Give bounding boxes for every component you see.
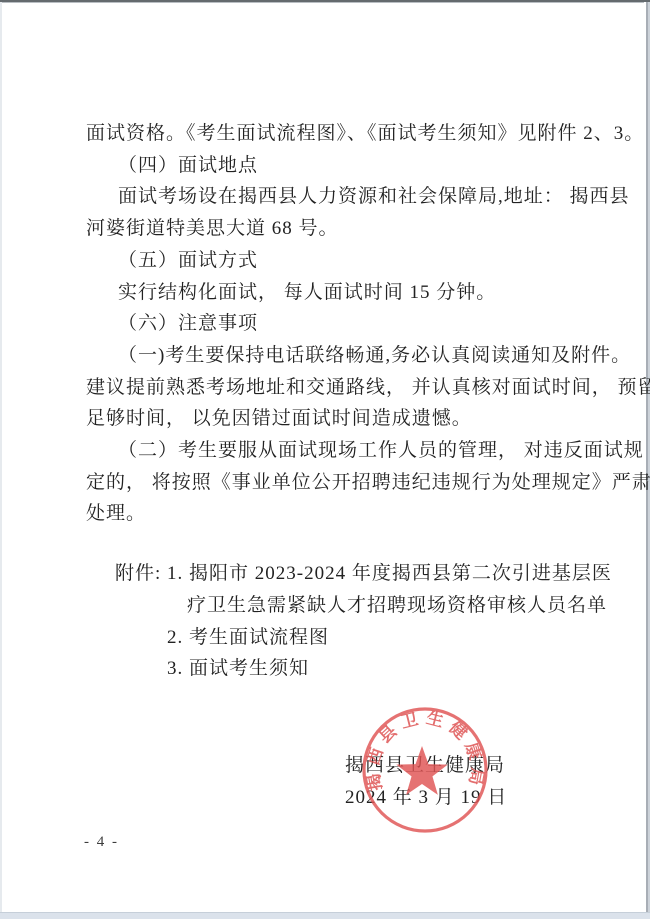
document-body: 面试资格。《考生面试流程图》、《面试考生须知》见附件 2、3。（四）面试地点面试…	[0, 118, 650, 813]
document-line: 河婆街道特美思大道 68 号。	[0, 213, 650, 245]
document-line: （四）面试地点	[0, 150, 650, 182]
document-line: （六）注意事项	[0, 308, 650, 340]
document-line: 建议提前熟悉考场地址和交通路线， 并认真核对面试时间， 预留	[0, 372, 650, 404]
signature-date: 2024 年 3 月 19 日	[0, 782, 650, 814]
attachment-line: 3. 面试考生须知	[0, 653, 650, 685]
document-line: 足够时间， 以免因错过面试时间造成遗憾。	[0, 403, 650, 435]
document-line: 面试资格。《考生面试流程图》、《面试考生须知》见附件 2、3。	[0, 118, 650, 150]
document-line: （二）考生要服从面试现场工作人员的管理， 对违反面试规	[0, 435, 650, 467]
document-page: 面试资格。《考生面试流程图》、《面试考生须知》见附件 2、3。（四）面试地点面试…	[0, 0, 650, 919]
document-line: 定的， 将按照《事业单位公开招聘违纪违规行为处理规定》严肃	[0, 467, 650, 499]
attachment-line: 疗卫生急需紧缺人才招聘现场资格审核人员名单	[0, 590, 650, 622]
page-number: - 4 -	[84, 834, 119, 851]
document-line: （一)考生要保持电话联络畅通,务必认真阅读通知及附件。	[0, 340, 650, 372]
document-line: 面试考场设在揭西县人力资源和社会保障局,地址： 揭西县	[0, 181, 650, 213]
document-line: 处理。	[0, 498, 650, 530]
attachment-list: 附件: 1. 揭阳市 2023-2024 年度揭西县第二次引进基层医疗卫生急需紧…	[0, 558, 650, 685]
signature-org: 揭西县卫生健康局	[0, 750, 650, 782]
scan-edge-top	[0, 0, 650, 3]
attachment-line: 2. 考生面试流程图	[0, 622, 650, 654]
document-line: 实行结构化面试， 每人面试时间 15 分钟。	[0, 277, 650, 309]
signature-block: 揭西县卫生健康局 2024 年 3 月 19 日	[0, 750, 650, 813]
body-paragraphs: 面试资格。《考生面试流程图》、《面试考生须知》见附件 2、3。（四）面试地点面试…	[0, 118, 650, 530]
document-line: （五）面试方式	[0, 245, 650, 277]
attachment-line: 附件: 1. 揭阳市 2023-2024 年度揭西县第二次引进基层医	[0, 558, 650, 590]
scan-edge-bottom	[0, 912, 650, 919]
